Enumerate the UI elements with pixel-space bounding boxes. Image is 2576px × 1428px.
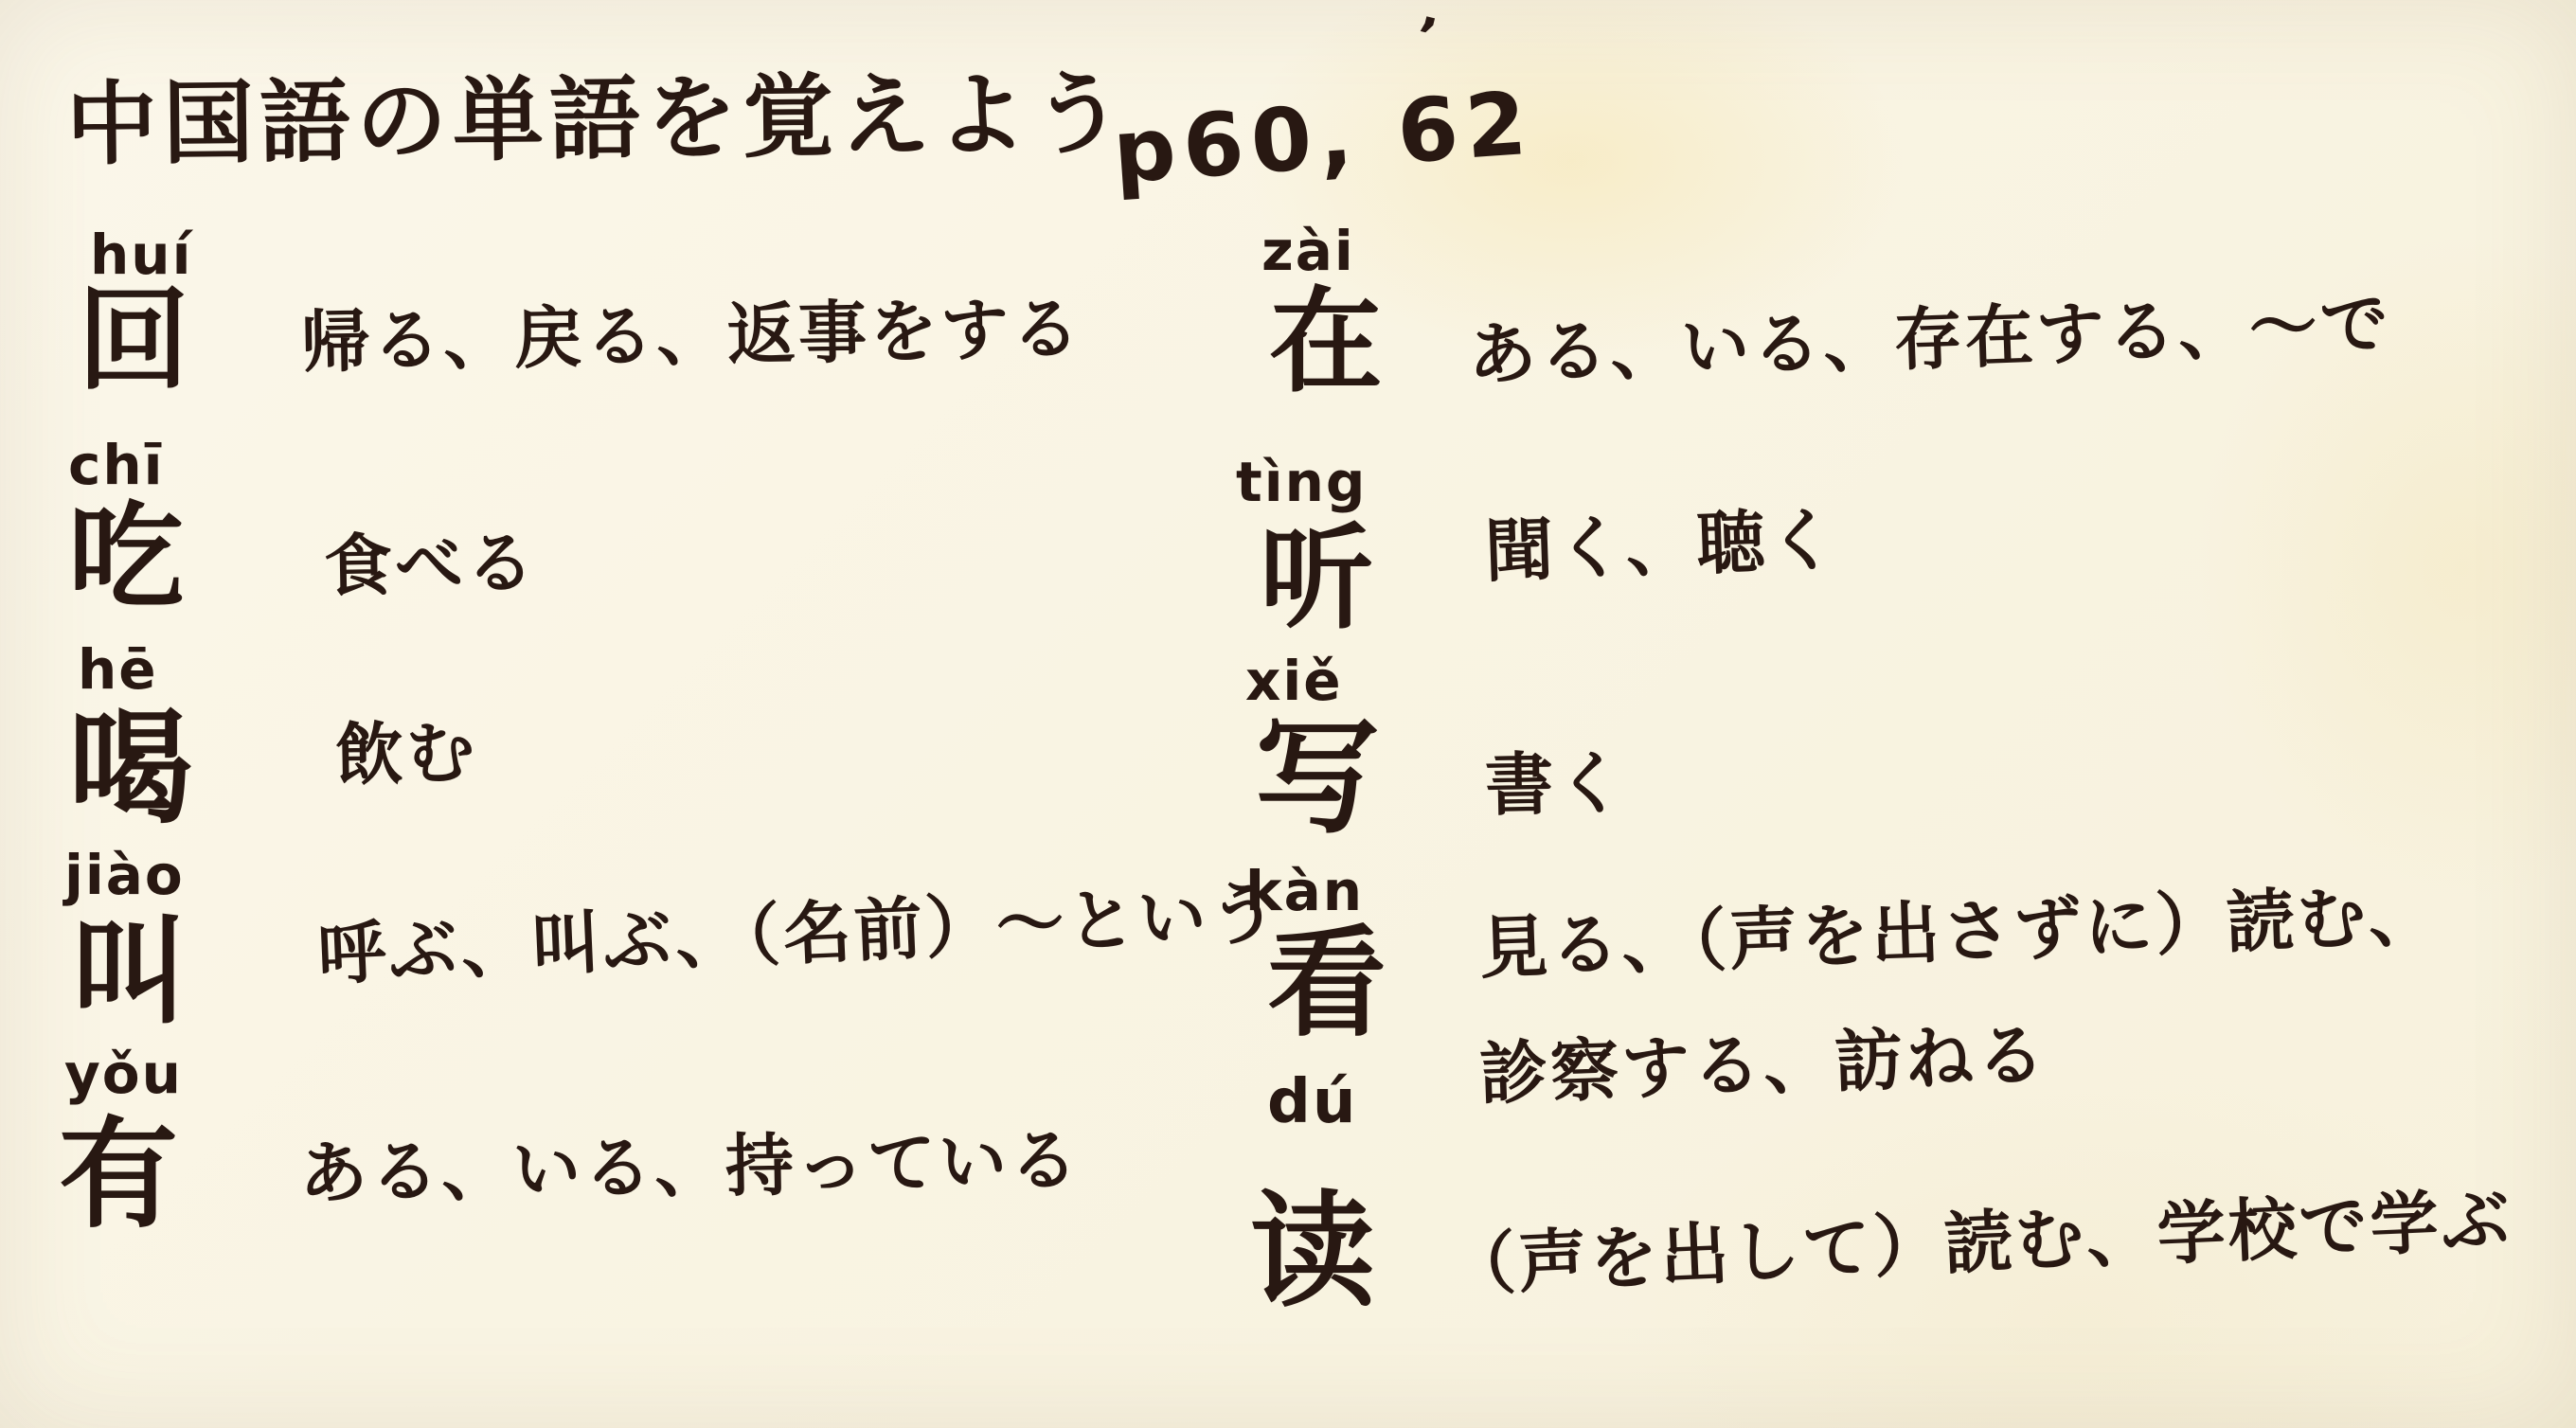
meaning-text-line2: 診察する、訪ねる	[1478, 1021, 2048, 1109]
hanzi-character: 吃	[68, 500, 184, 616]
meaning-text: 呼ぶ、叫ぶ、（名前）〜という	[316, 879, 1281, 989]
hanzi-character: 看	[1267, 924, 1386, 1044]
hanzi-character: 听	[1260, 523, 1373, 636]
hanzi-character: 有	[59, 1116, 178, 1235]
meaning-text: 見る、（声を出さずに）読む、	[1478, 881, 2441, 982]
stray-pen-mark: ’	[1410, 9, 1441, 63]
meaning-text: 食べる	[323, 528, 537, 600]
meaning-text: 聞く、聴く	[1484, 506, 1840, 586]
pinyin-label: tìng	[1236, 455, 1367, 509]
page-reference: p60, 62	[1110, 80, 1536, 197]
hanzi-character: 回	[78, 284, 189, 396]
meaning-text: 帰る、戻る、返事をする	[300, 295, 1082, 376]
meaning-text: 飲む	[334, 719, 477, 790]
meaning-text: ある、いる、持っている	[298, 1126, 1081, 1207]
pinyin-label: jiào	[64, 848, 185, 902]
pinyin-label: chī	[68, 437, 165, 492]
hanzi-character: 在	[1269, 286, 1383, 400]
hanzi-character: 叫	[72, 915, 188, 1030]
pinyin-label: hē	[78, 642, 158, 697]
meaning-text: （声を出して）読む、学校で学ぶ	[1446, 1185, 2513, 1299]
pinyin-label: dú	[1267, 1072, 1357, 1133]
notebook-page: 中国語の単語を覚えよう p60, 62 ’ huí 回 帰る、戻る、返事をする …	[0, 0, 2576, 1428]
meaning-text: ある、いる、存在する、〜で	[1467, 289, 2392, 389]
page-title: 中国語の単語を覚えよう	[66, 68, 1130, 170]
hanzi-character: 喝	[68, 706, 193, 831]
pinyin-label: yǒu	[64, 1046, 183, 1101]
pinyin-label: xiě	[1245, 653, 1343, 708]
pinyin-label: zài	[1261, 223, 1355, 278]
pinyin-label: kàn	[1245, 864, 1364, 919]
meaning-text: 書く	[1484, 749, 1627, 820]
hanzi-character: 读	[1250, 1189, 1375, 1314]
hanzi-character: 写	[1255, 716, 1380, 841]
